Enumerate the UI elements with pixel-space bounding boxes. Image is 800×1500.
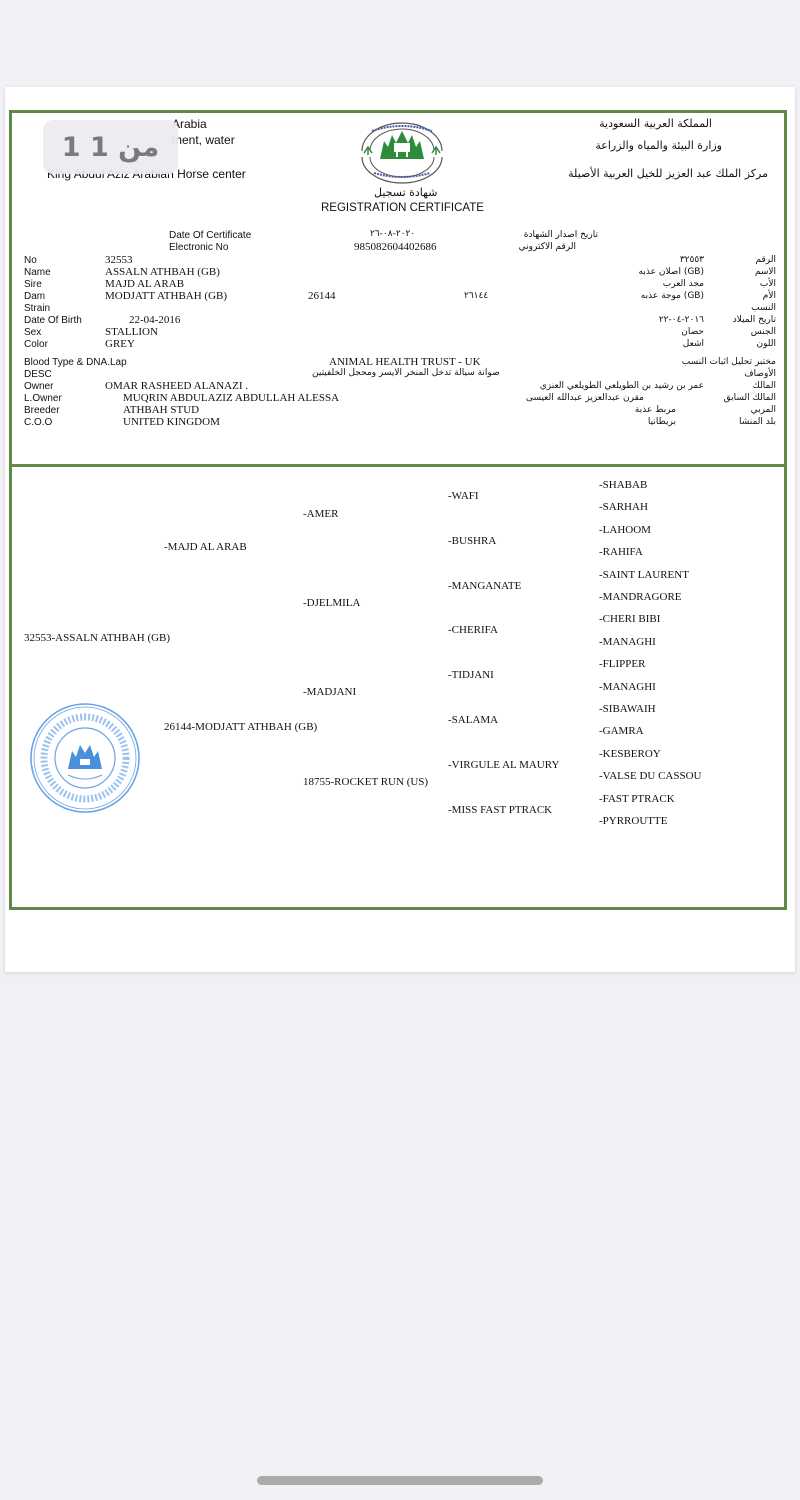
field-value-en: ANIMAL HEALTH TRUST - UK xyxy=(329,356,481,368)
pedigree-gen4: -FAST PTRACK xyxy=(599,793,675,805)
field-value-ar: مقرن عبدالعزيز عبدالله العيسى xyxy=(526,393,644,403)
field-label-en: L.Owner xyxy=(24,393,62,404)
home-indicator[interactable] xyxy=(257,1476,543,1485)
field-label-ar: اللون xyxy=(757,339,776,349)
field-label-en: Color xyxy=(24,339,48,350)
field-label-en: C.O.O xyxy=(24,417,52,428)
field-value-en: صوانة سيالة تدخل المنخر الايسر ومحجل الخ… xyxy=(312,368,500,378)
field-value-ar: مربط عذبة xyxy=(635,405,676,415)
certificate-page: Arabia ment, water King Abdul Aziz Arabi… xyxy=(5,87,795,972)
pedigree-gen4: -SAINT LAURENT xyxy=(599,569,689,581)
field-value-ar: (GB) اصلان عذبه xyxy=(639,267,704,277)
field-label-ar: الاسم xyxy=(755,267,776,277)
field-label-ar: تاريخ الميلاد xyxy=(733,315,776,325)
field-value-ar: ٢٠١٦-٠٤-٢٢ xyxy=(659,315,704,325)
date-value: ٢٠٢٠-٠٨-٢٦ xyxy=(370,229,415,239)
field-label-ar: النسب xyxy=(751,303,776,313)
pedigree-subject: 32553-ASSALN ATHBAH (GB) xyxy=(24,632,170,644)
pedigree-gen3: -BUSHRA xyxy=(448,535,496,547)
field-value-en: OMAR RASHEED ALANAZI . xyxy=(105,380,248,392)
field-label-ar: الأب xyxy=(760,279,776,289)
field-label-en: Dam xyxy=(24,291,45,302)
electronic-label-ar: الرقم الاكتروني xyxy=(519,242,576,252)
pedigree-gen4: -RAHIFA xyxy=(599,546,643,558)
field-label-en: Sex xyxy=(24,327,41,338)
pedigree-gen4: -GAMRA xyxy=(599,725,644,737)
registry-stamp-icon xyxy=(28,701,142,815)
pedigree-gen4: -MANAGHI xyxy=(599,636,656,648)
field-value-ar: (GB) موجة عذبه xyxy=(641,291,704,301)
pedigree-gen3: -MANGANATE xyxy=(448,580,521,592)
field-value-ar: اشعل xyxy=(683,339,704,349)
field-label-ar: المالك xyxy=(752,381,776,391)
pedigree-gen4: -SIBAWAIH xyxy=(599,703,656,715)
field-value-ar: حصان xyxy=(681,327,704,337)
field-value-en: MAJD AL ARAB xyxy=(105,278,184,290)
field-label-en: Blood Type & DNA.Lap xyxy=(24,357,127,368)
header-ar-line2: وزارة البيئة والمياه والزراعة xyxy=(595,139,722,152)
field-label-en: Breeder xyxy=(24,405,60,416)
pedigree-gen3: -TIDJANI xyxy=(448,669,494,681)
page-indicator: 1 من 1 xyxy=(43,120,178,174)
field-value-ar: عمر بن رشيد بن الطويلعي الطويلعي العنزي xyxy=(540,381,704,391)
dam-number-ar: ٢٦١٤٤ xyxy=(464,291,488,301)
date-label-en: Date Of Certificate xyxy=(169,230,251,241)
pedigree-gen1: -MAJD AL ARAB xyxy=(164,541,247,553)
field-label-ar: المالك السابق xyxy=(724,393,776,403)
field-label-ar: بلد المنشا xyxy=(739,417,776,427)
field-label-en: No xyxy=(24,255,37,266)
field-label-en: Owner xyxy=(24,381,53,392)
field-label-en: Date Of Birth xyxy=(24,315,82,326)
pedigree-gen3: -WAFI xyxy=(448,490,479,502)
field-label-ar: الجنس xyxy=(751,327,776,337)
pedigree-gen1: 26144-MODJATT ATHBAH (GB) xyxy=(164,721,317,733)
dam-number: 26144 xyxy=(308,290,336,302)
header-ar-line1: المملكة العربية السعودية xyxy=(599,117,712,130)
pedigree-gen4: -MANDRAGORE xyxy=(599,591,682,603)
pedigree-gen2: -MADJANI xyxy=(303,686,356,698)
field-label-ar: الرقم xyxy=(755,255,776,265)
pedigree-gen3: -MISS FAST PTRACK xyxy=(448,804,552,816)
pedigree-gen4: -LAHOOM xyxy=(599,524,651,536)
field-value-en: MODJATT ATHBAH (GB) xyxy=(105,290,227,302)
pedigree-gen3: -SALAMA xyxy=(448,714,498,726)
field-label-en: Sire xyxy=(24,279,42,290)
pedigree-gen4: -SARHAH xyxy=(599,501,648,513)
field-value-ar: ٣٢٥٥٣ xyxy=(680,255,704,265)
pedigree-gen3: -VIRGULE AL MAURY xyxy=(448,759,559,771)
field-value-en: MUQRIN ABDULAZIZ ABDULLAH ALESSA xyxy=(123,392,339,404)
field-label-ar: مختبر تحليل اثبات النسب xyxy=(682,357,776,367)
certificate-frame: Arabia ment, water King Abdul Aziz Arabi… xyxy=(9,110,787,910)
field-value-en: 22-04-2016 xyxy=(129,314,180,326)
field-value-en: ASSALN ATHBAH (GB) xyxy=(105,266,220,278)
pedigree-gen4: -FLIPPER xyxy=(599,658,645,670)
field-value-en: STALLION xyxy=(105,326,158,338)
field-value-ar: بريطانيا xyxy=(648,417,676,427)
pedigree-gen4: -SHABAB xyxy=(599,479,647,491)
field-label-en: DESC xyxy=(24,369,52,380)
field-value-en: 32553 xyxy=(105,254,133,266)
field-value-en: UNITED KINGDOM xyxy=(123,416,220,428)
field-value-en: GREY xyxy=(105,338,135,350)
pedigree-gen4: -KESBEROY xyxy=(599,748,661,760)
pedigree-gen2: -DJELMILA xyxy=(303,597,360,609)
date-label-ar: تاريخ اصدار الشهادة xyxy=(524,230,598,240)
header-en-line2: ment, water xyxy=(172,133,235,147)
field-label-ar: المربي xyxy=(751,405,776,415)
electronic-label-en: Electronic No xyxy=(169,242,228,253)
header-ar-line3: مركز الملك عبد العزيز للخيل العربية الأص… xyxy=(568,167,768,180)
ministry-emblem-icon xyxy=(350,117,454,185)
title-ar: شهادة تسجيل xyxy=(374,186,437,199)
pedigree-gen4: -MANAGHI xyxy=(599,681,656,693)
section-divider xyxy=(12,464,784,467)
pedigree-gen4: -CHERI BIBI xyxy=(599,613,660,625)
pedigree-gen4: -VALSE DU CASSOU xyxy=(599,770,701,782)
field-label-en: Strain xyxy=(24,303,50,314)
electronic-value: 985082604402686 xyxy=(354,241,437,253)
field-label-en: Name xyxy=(24,267,51,278)
pedigree-gen3: -CHERIFA xyxy=(448,624,498,636)
pedigree-gen2: -AMER xyxy=(303,508,338,520)
field-value-ar: مجد العرب xyxy=(663,279,704,289)
field-value-en: ATHBAH STUD xyxy=(123,404,199,416)
field-label-ar: الأم xyxy=(763,291,776,301)
pedigree-gen2: 18755-ROCKET RUN (US) xyxy=(303,776,428,788)
field-label-ar: الأوصاف xyxy=(744,369,776,379)
title-en: REGISTRATION CERTIFICATE xyxy=(321,202,484,214)
pedigree-gen4: -PYRROUTTE xyxy=(599,815,667,827)
